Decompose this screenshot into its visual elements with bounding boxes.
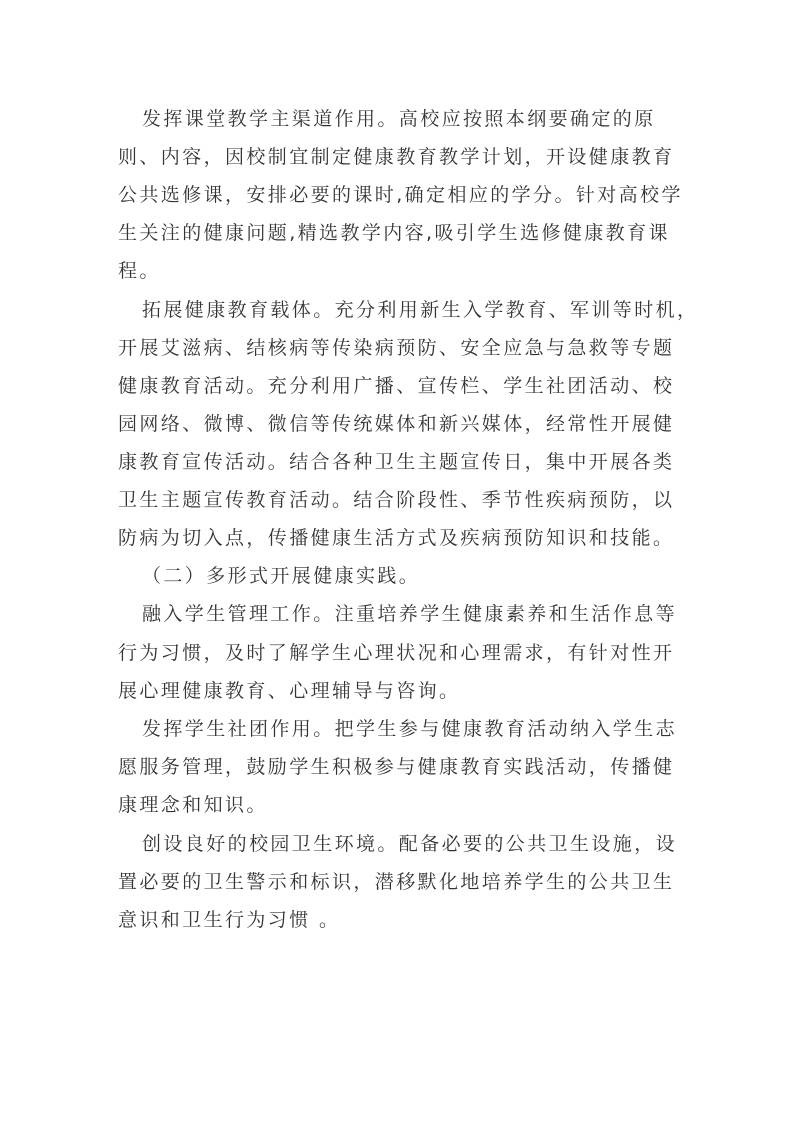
text-line: 意识和卫生行为习惯 。: [118, 905, 678, 935]
text-line: 愿服务管理，鼓励学生积极参与健康教育实践活动，传播健: [118, 752, 678, 782]
text-line: 置必要的卫生警示和标识，潜移默化地培养学生的公共卫生: [118, 867, 678, 897]
text-line: 发挥学生社团作用。把学生参与健康教育活动纳入学生志: [142, 714, 702, 744]
text-line: 健康教育活动。充分利用广播、宣传栏、学生社团活动、校: [118, 371, 678, 401]
text-line: 则、内容，因校制宜制定健康教育教学计划，开设健康教育: [118, 142, 678, 172]
text-line: 发挥课堂教学主渠道作用。高校应按照本纲要确定的原: [142, 104, 702, 134]
text-line: 防病为切入点，传播健康生活方式及疾病预防知识和技能。: [118, 523, 678, 553]
text-line: 康教育宣传活动。结合各种卫生主题宣传日，集中开展各类: [118, 447, 678, 477]
text-line: 园网络、微博、微信等传统媒体和新兴媒体，经常性开展健: [118, 409, 678, 439]
text-line: 康理念和知识。: [118, 790, 678, 820]
document-page: 发挥课堂教学主渠道作用。高校应按照本纲要确定的原 则、内容，因校制宜制定健康教育…: [0, 0, 793, 1122]
text-line: 拓展健康教育载体。充分利用新生入学教育、军训等时机，: [142, 295, 702, 325]
text-line: 行为习惯，及时了解学生心理状况和心理需求，有针对性开: [118, 638, 678, 668]
text-line: 程。: [118, 256, 678, 286]
section-heading-text: （二）多形式开展健康实践。: [142, 561, 702, 591]
text-line: 开展艾滋病、结核病等传染病预防、安全应急与急救等专题: [118, 333, 678, 363]
text-line: 创设良好的校园卫生环境。配备必要的公共卫生设施，设: [142, 829, 702, 859]
text-line: 卫生主题宣传教育活动。结合阶段性、季节性疾病预防，以: [118, 485, 678, 515]
text-line: 展心理健康教育、心理辅导与咨询。: [118, 676, 678, 706]
text-line: 生关注的健康问题,精选教学内容,吸引学生选修健康教育课: [118, 218, 678, 248]
text-line: 融入学生管理工作。注重培养学生健康素养和生活作息等: [142, 599, 702, 629]
text-line: 公共选修课，安排必要的课时,确定相应的学分。针对高校学: [118, 180, 678, 210]
